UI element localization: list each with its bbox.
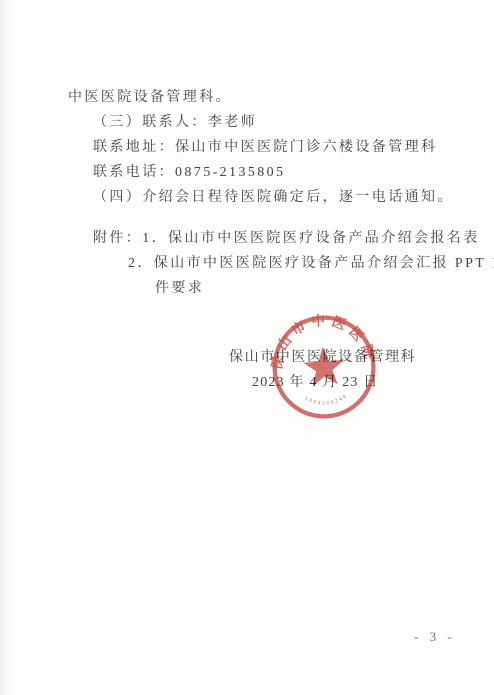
body-line-contact-person: （三）联系人：李老师 xyxy=(93,111,257,131)
body-line-continuation: 中医医院设备管理科。 xyxy=(68,86,232,106)
seal-ring xyxy=(271,314,376,419)
seal-serial-number: 1094100244 xyxy=(303,393,349,408)
signature-date: 2023 年 4 月 23 日 xyxy=(252,371,379,391)
scanned-document-page: 中医医院设备管理科。 （三）联系人：李老师 联系地址：保山市中医医院门诊六楼设备… xyxy=(0,0,494,695)
page-number: - 3 - xyxy=(414,629,456,645)
attachment-line-1: 附件：1．保山市中医医院医疗设备产品介绍会报名表 xyxy=(93,227,480,247)
official-seal-graphic: 保山市中医医院 1094100244 xyxy=(264,307,384,427)
official-seal: 保山市中医医院 1094100244 xyxy=(264,307,384,427)
body-line-notice: （四）介绍会日程待医院确定后，逐一电话通知。 xyxy=(93,186,454,206)
attachment-line-2: 2．保山市中医医院医疗设备产品介绍会汇报 PPT 文 xyxy=(128,252,494,272)
body-line-contact-phone: 联系电话：0875-2135805 xyxy=(93,161,285,181)
body-line-contact-address: 联系地址：保山市中医医院门诊六楼设备管理科 xyxy=(93,136,437,156)
svg-text:1094100244: 1094100244 xyxy=(303,393,349,408)
signature-organization: 保山市中医医院设备管理科 xyxy=(229,346,416,366)
attachment-line-3: 件要求 xyxy=(155,277,204,297)
